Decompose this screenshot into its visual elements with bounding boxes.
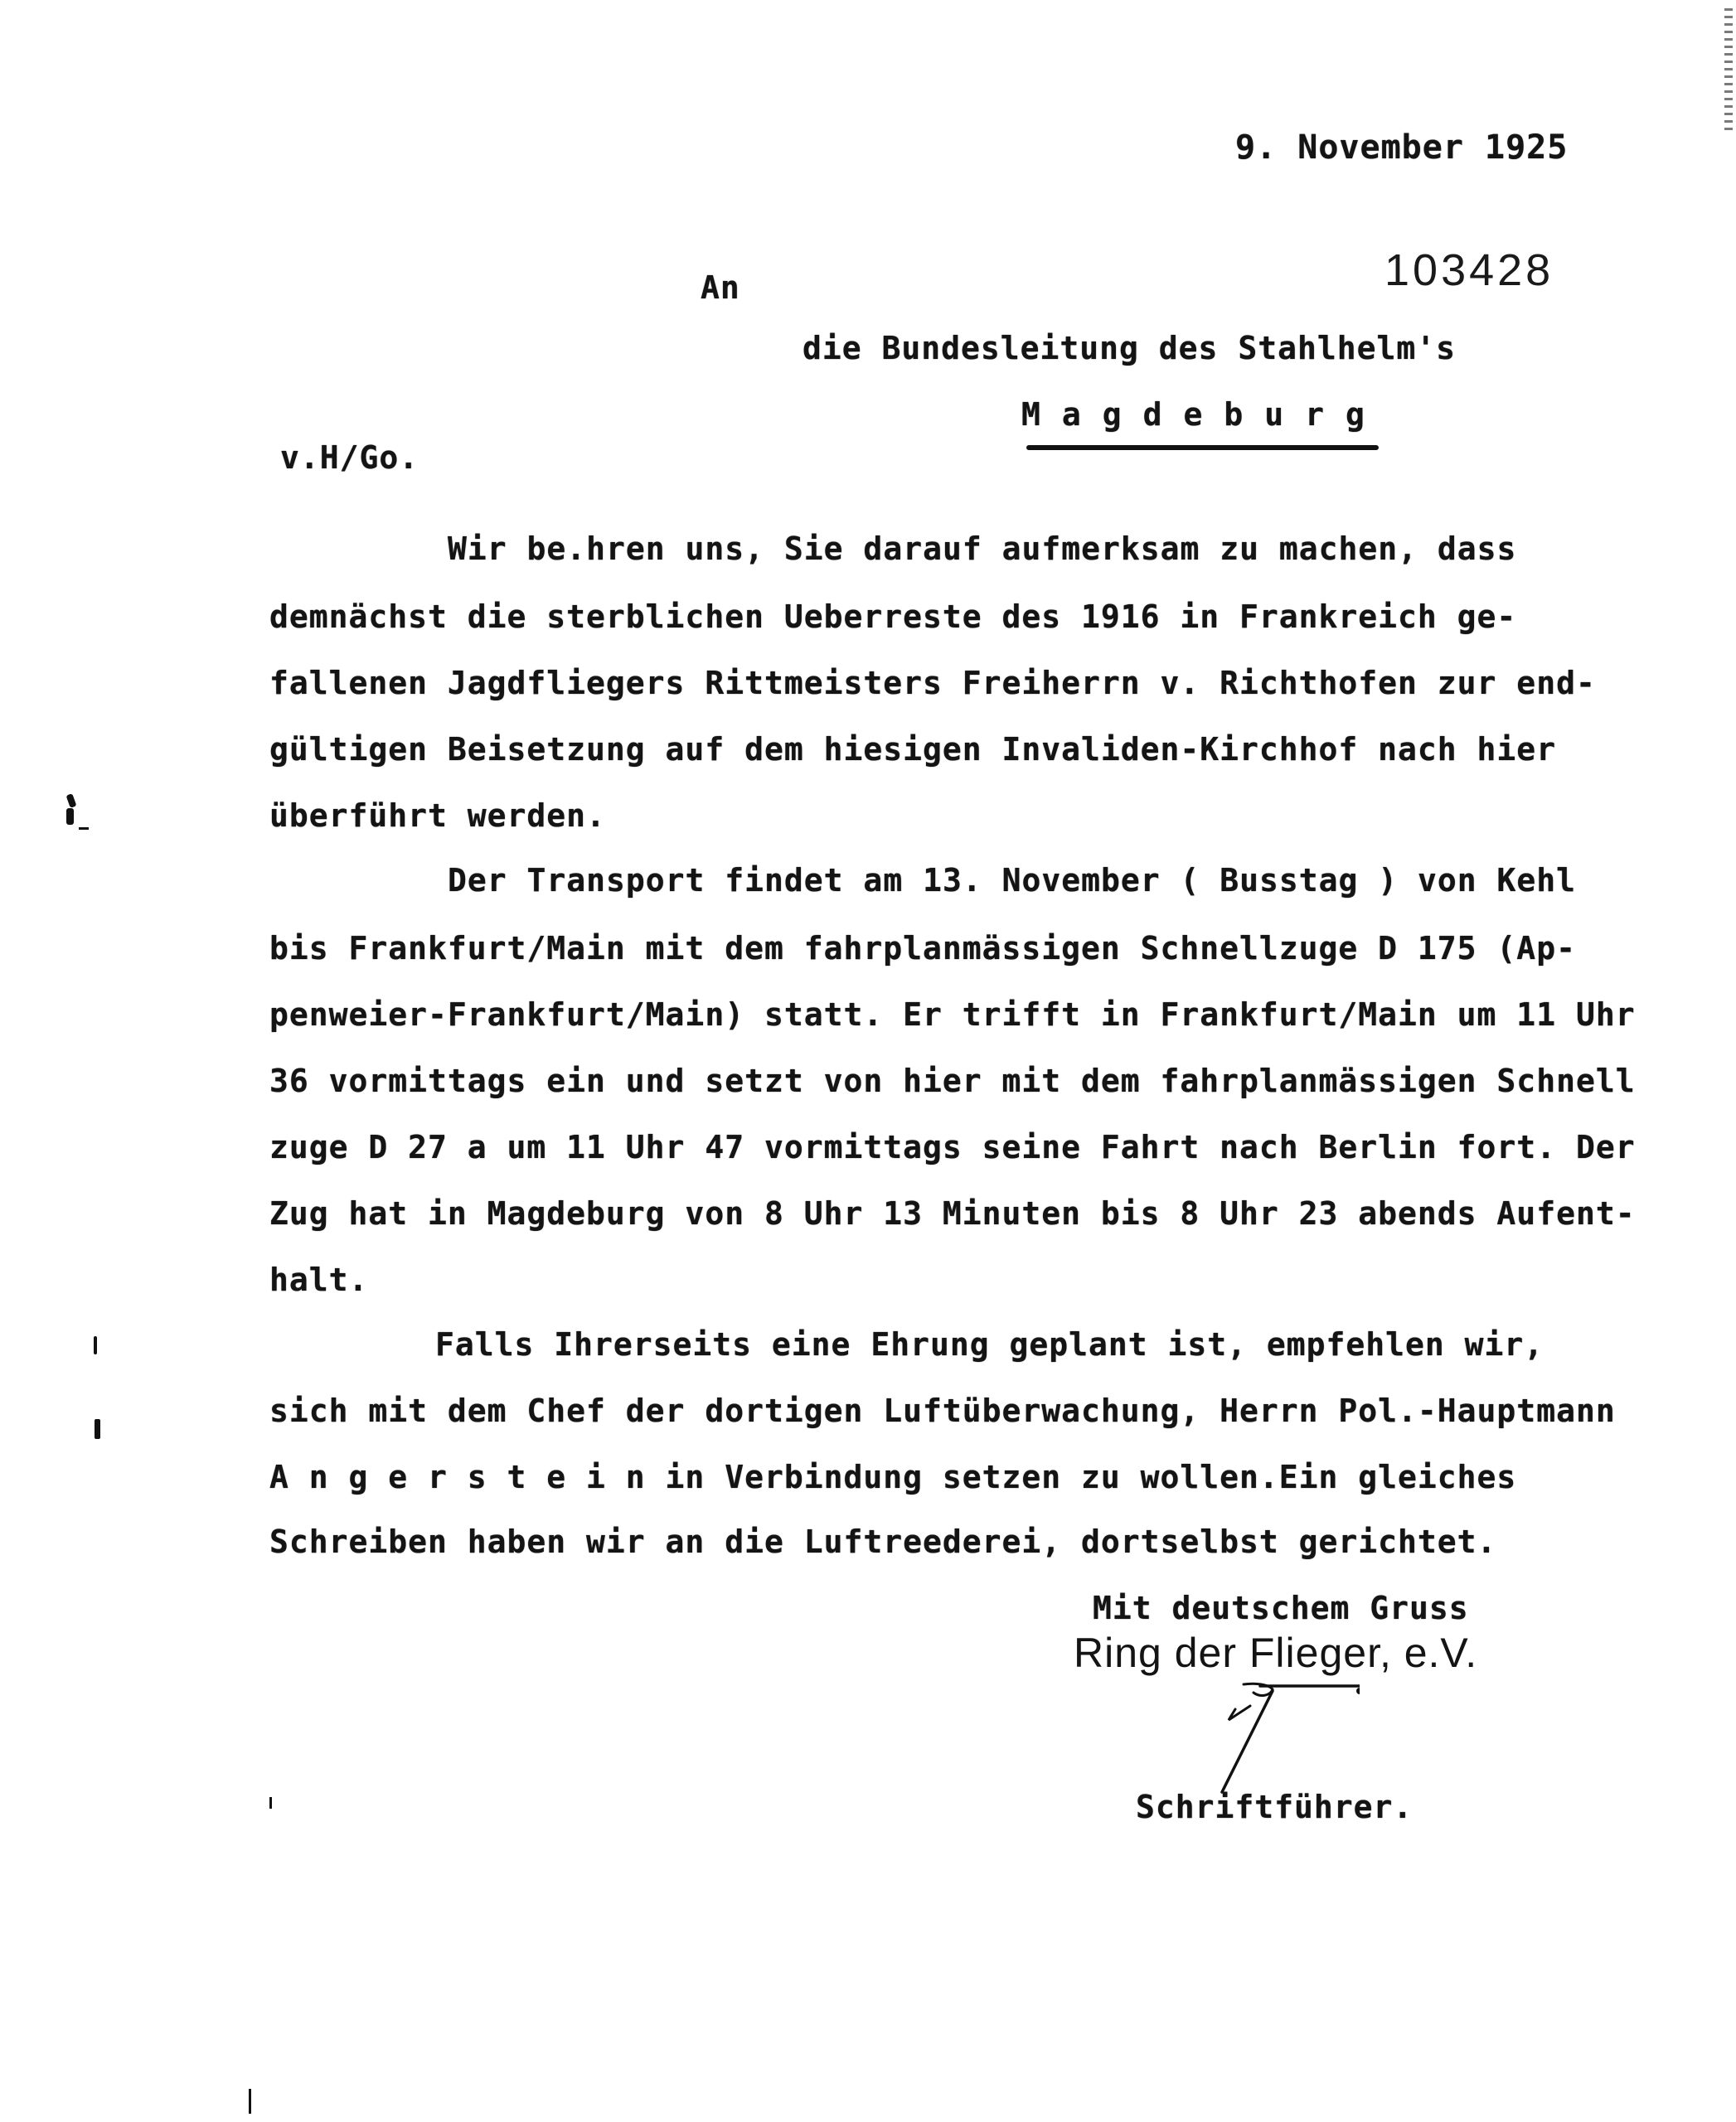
body-line: Der Transport findet am 13. November ( B… [448,862,1576,899]
reference-code: v.H/Go. [280,439,419,476]
city-underline [1026,445,1379,450]
body-line: Wir be.hren uns, Sie darauf aufmerksam z… [448,530,1516,567]
handwritten-signature [1210,1674,1360,1799]
margin-mark [94,1336,97,1354]
body-line: bis Frankfurt/Main mit dem fahrplanmässi… [269,930,1576,967]
body-line: überführt werden. [269,797,606,834]
letter-page: 9. November 1925 103428 An die Bundeslei… [0,0,1736,2122]
closing-greeting: Mit deutschem Gruss [1093,1590,1469,1626]
margin-mark [66,793,77,808]
document-number: 103428 [1384,245,1554,296]
margin-mark [249,2089,251,2114]
scan-edge-noise [1724,8,1733,133]
body-line: penweier-Frankfurt/Main) statt. Er triff… [269,996,1636,1033]
body-line: demnächst die sterblichen Ueberreste des… [269,598,1516,635]
recipient: die Bundesleitung des Stahlhelm's [803,330,1456,366]
body-line: zuge D 27 a um 11 Uhr 47 vormittags sein… [269,1129,1636,1165]
margin-mark [95,1419,100,1439]
letter-date: 9. November 1925 [1235,128,1568,167]
salutation-to: An [701,269,740,306]
body-line: Falls Ihrerseits eine Ehrung geplant ist… [435,1326,1544,1363]
body-line: halt. [269,1262,368,1298]
body-line: sich mit dem Chef der dortigen Luftüberw… [269,1393,1616,1429]
margin-mark [269,1797,272,1809]
margin-mark [66,808,74,825]
signatory-role: Schriftführer. [1136,1789,1413,1825]
body-line: fallenen Jagdfliegers Rittmeisters Freih… [269,665,1596,701]
organization-stamp: Ring der Flieger, e.V. [1074,1629,1477,1677]
margin-mark [79,827,89,830]
body-line: Zug hat in Magdeburg von 8 Uhr 13 Minute… [269,1195,1636,1232]
body-line: Schreiben haben wir an die Luftreederei,… [269,1524,1496,1560]
body-line: A n g e r s t e i n in Verbindung setzen… [269,1459,1516,1495]
body-line: 36 vormittags ein und setzt von hier mit… [269,1063,1636,1099]
body-line: gültigen Beisetzung auf dem hiesigen Inv… [269,731,1556,768]
recipient-city: Magdeburg [1021,396,1386,433]
